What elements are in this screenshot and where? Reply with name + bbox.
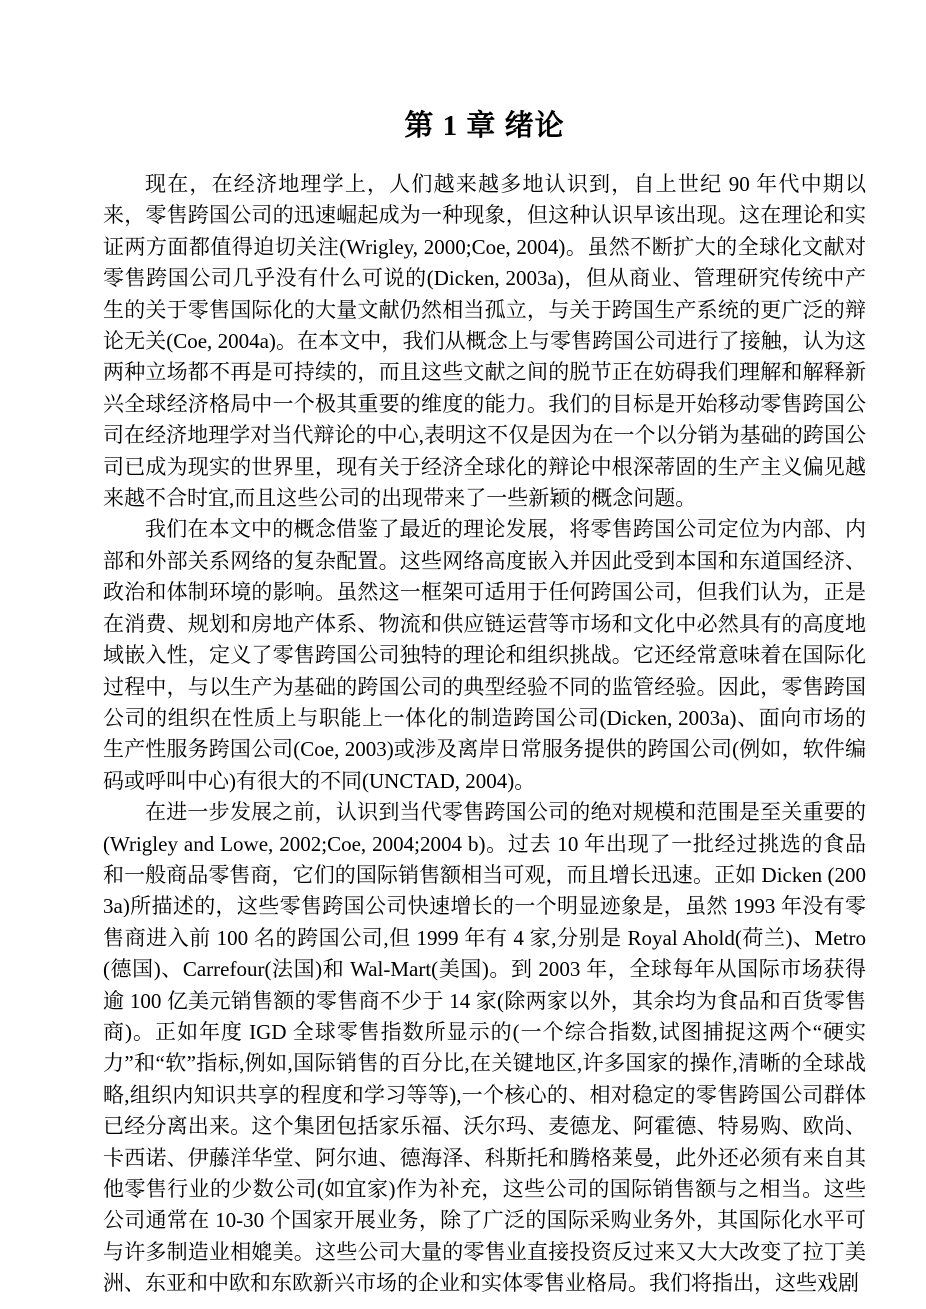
paragraph-1: 现在，在经济地理学上，人们越来越多地认识到，自上世纪 90 年代中期以来，零售跨… (103, 169, 866, 514)
document-page: 第 1 章 绪论 现在，在经济地理学上，人们越来越多地认识到，自上世纪 90 年… (0, 0, 926, 1309)
paragraph-3: 在进一步发展之前，认识到当代零售跨国公司的绝对规模和范围是至关重要的(Wrigl… (103, 797, 866, 1300)
paragraph-2: 我们在本文中的概念借鉴了最近的理论发展，将零售跨国公司定位为内部、内部和外部关系… (103, 514, 866, 797)
chapter-title: 第 1 章 绪论 (103, 106, 866, 146)
